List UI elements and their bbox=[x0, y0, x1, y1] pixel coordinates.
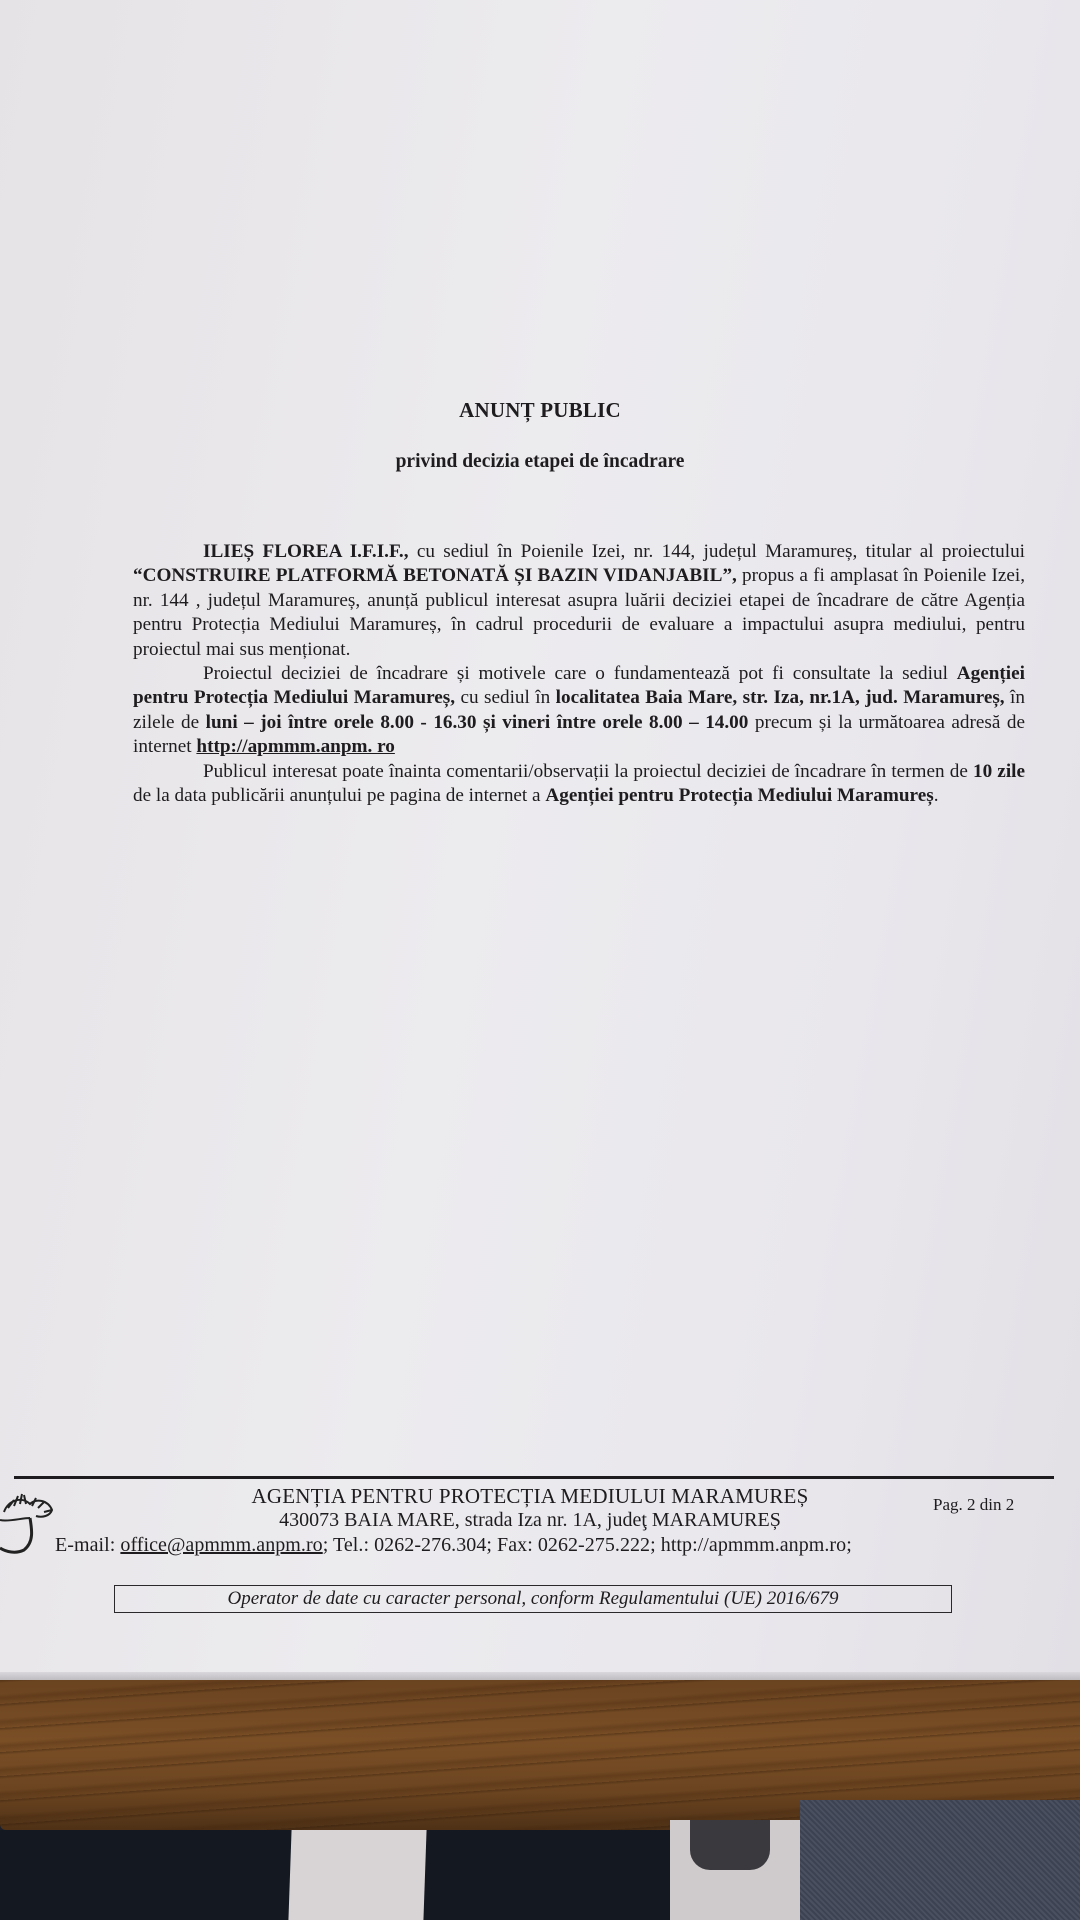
gdpr-notice-box: Operator de date cu caracter personal, c… bbox=[114, 1585, 952, 1613]
text-segment: Agenției pentru Protecția Mediului Maram… bbox=[545, 785, 933, 806]
contact-line: E-mail: office@apmmm.anpm.ro; Tel.: 0262… bbox=[55, 1534, 852, 1557]
paragraph: Proiectul deciziei de încadrare și motiv… bbox=[133, 662, 1025, 760]
paragraph: ILIEȘ FLOREA I.F.I.F., cu sediul în Poie… bbox=[133, 540, 1025, 662]
agency-address: 430073 BAIA MARE, strada Iza nr. 1A, jud… bbox=[100, 1509, 960, 1532]
page-number: Pag. 2 din 2 bbox=[933, 1495, 1014, 1515]
text-segment: Publicul interesat poate înainta comenta… bbox=[203, 761, 973, 782]
tree-logo-icon bbox=[0, 1490, 58, 1558]
text-segment: cu sediul în Poienile Izei, nr. 144, jud… bbox=[409, 541, 1025, 562]
document-subtitle: privind decizia etapei de încadrare bbox=[0, 451, 1080, 473]
paper-edge bbox=[0, 1672, 1080, 1680]
floor-background bbox=[0, 1830, 1080, 1920]
text-segment: localitatea Baia Mare, str. Iza, nr.1A, … bbox=[556, 687, 1005, 708]
email-link[interactable]: office@apmmm.anpm.ro bbox=[120, 1534, 322, 1556]
contact-details: ; Tel.: 0262-276.304; Fax: 0262-275.222;… bbox=[323, 1534, 852, 1556]
agency-name: AGENȚIA PENTRU PROTECȚIA MEDIULUI MARAMU… bbox=[100, 1484, 960, 1509]
paragraph: Publicul interesat poate înainta comenta… bbox=[133, 760, 1025, 809]
text-segment: de la data publicării anunțului pe pagin… bbox=[133, 785, 545, 806]
footer-divider bbox=[14, 1476, 1054, 1479]
text-segment: “CONSTRUIRE PLATFORMĂ BETONATĂ ȘI BAZIN … bbox=[133, 565, 737, 586]
text-segment: . bbox=[934, 785, 939, 806]
floor-light-strip bbox=[288, 1830, 426, 1920]
chair-leg bbox=[690, 1820, 770, 1870]
text-segment: Proiectul deciziei de încadrare și motiv… bbox=[203, 663, 957, 684]
text-segment: ILIEȘ FLOREA I.F.I.F., bbox=[203, 541, 409, 562]
text-segment: luni – joi între orele 8.00 - 16.30 și v… bbox=[206, 712, 749, 733]
fabric-surface bbox=[800, 1800, 1080, 1920]
url-link[interactable]: http://apmmm.anpm. ro bbox=[196, 736, 394, 757]
paper-sheet bbox=[0, 0, 1080, 1678]
text-segment: 10 zile bbox=[973, 761, 1025, 782]
email-label: E-mail: bbox=[55, 1534, 120, 1556]
document-title: ANUNȚ PUBLIC bbox=[0, 398, 1080, 423]
text-segment: cu sediul în bbox=[455, 687, 556, 708]
document-body: ILIEȘ FLOREA I.F.I.F., cu sediul în Poie… bbox=[133, 540, 1025, 808]
